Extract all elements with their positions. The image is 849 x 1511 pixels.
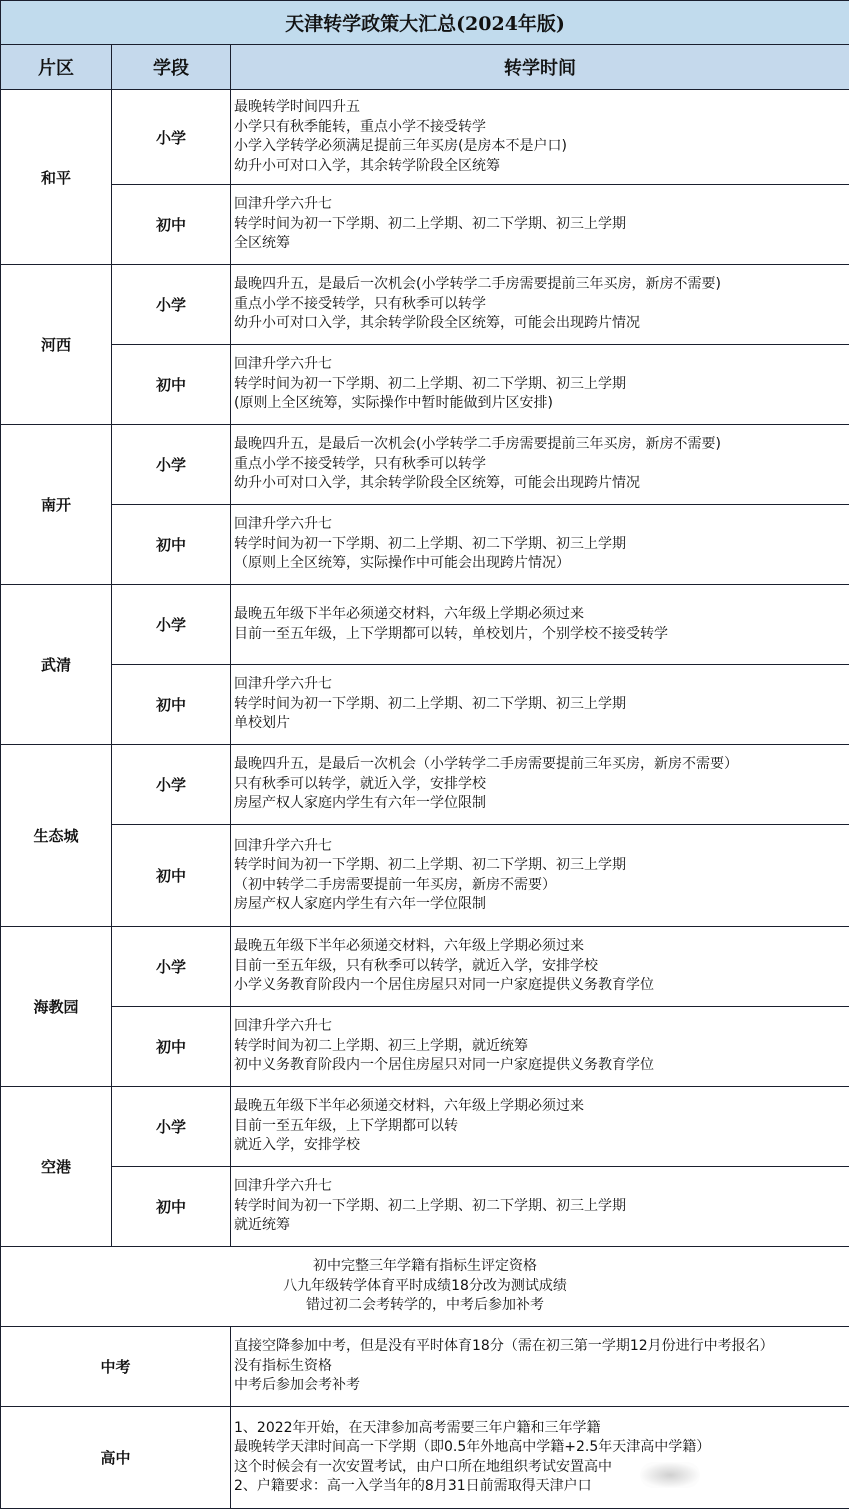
content-line: 幼升小可对口入学，其余转学阶段全区统筹 [234,157,849,177]
table-title: 天津转学政策大汇总(2024年版) [1,1,849,45]
district-middle-row: 初中回津升学六升七转学时间为初一下学期、初二上学期、初二下学期、初三上学期单校划… [1,665,849,745]
content-line: 2、户籍要求：高一入学当年的8月31日前需取得天津户口 [234,1477,849,1497]
transfer-time-content: 最晚四升五，是最后一次机会（小学转学二手房需要提前三年买房，新房不需要）只有秋季… [231,745,849,825]
content-line: 转学时间为初一下学期、初二上学期、初二下学期、初三上学期 [234,215,849,235]
notes-cell: 初中完整三年学籍有指标生评定资格 八九年级转学体育平时成绩18分改为测试成绩 错… [1,1247,849,1327]
content-line: 小学入学转学必须满足提前三年买房(是房本不是户口) [234,137,849,157]
content-line: 回津升学六升七 [234,195,849,215]
district-name: 空港 [1,1087,112,1247]
content-line: 最晚转学时间四升五 [234,98,849,118]
district-middle-row: 初中回津升学六升七转学时间为初一下学期、初二上学期、初二下学期、初三上学期就近统… [1,1167,849,1247]
content-line: 回津升学六升七 [234,1017,849,1037]
transfer-time-content: 最晚五年级下半年必须递交材料，六年级上学期必须过来目前一至五年级，只有秋季可以转… [231,927,849,1007]
stage-label: 初中 [112,345,231,425]
stage-label: 初中 [112,505,231,585]
content-line: （初中转学二手房需要提前一年买房，新房不需要） [234,876,849,896]
content-line: 转学时间为初一下学期、初二上学期、初二下学期、初三上学期 [234,695,849,715]
content-line: 最晚五年级下半年必须递交材料，六年级上学期必须过来 [234,1097,849,1117]
transfer-time-content: 回津升学六升七转学时间为初一下学期、初二上学期、初二下学期、初三上学期就近统筹 [231,1167,849,1247]
stage-label: 初中 [112,1167,231,1247]
content-line: 最晚转学天津时间高一下学期（即0.5年外地高中学籍+2.5年天津高中学籍） [234,1438,849,1458]
stage-label: 初中 [112,1007,231,1087]
district-middle-row: 初中回津升学六升七转学时间为初一下学期、初二上学期、初二下学期、初三上学期 (原… [1,345,849,425]
district-middle-row: 初中回津升学六升七转学时间为初二上学期、初三上学期，就近统筹初中义务教育阶段内一… [1,1007,849,1087]
district-middle-row: 初中回津升学六升七转学时间为初一下学期、初二上学期、初二下学期、初三上学期全区统… [1,185,849,265]
district-primary-row: 和平小学最晚转学时间四升五小学只有秋季能转，重点小学不接受转学小学入学转学必须满… [1,90,849,185]
content-line: 初中义务教育阶段内一个居住房屋只对同一户家庭提供义务教育学位 [234,1056,849,1076]
content-line: 回津升学六升七 [234,515,849,535]
stage-label: 小学 [112,585,231,665]
content-line: 转学时间为初一下学期、初二上学期、初二下学期、初三上学期 [234,856,849,876]
transfer-time-content: 最晚五年级下半年必须递交材料，六年级上学期必须过来目前一至五年级，上下学期都可以… [231,585,849,665]
district-primary-row: 河西小学最晚四升五，是最后一次机会(小学转学二手房需要提前三年买房，新房不需要)… [1,265,849,345]
content-line: （原则上全区统筹，实际操作中可能会出现跨片情况） [234,554,849,574]
stage-label: 初中 [112,665,231,745]
district-name: 生态城 [1,745,112,927]
content-line: 1、2022年开始，在天津参加高考需要三年户籍和三年学籍 [234,1419,849,1439]
content-line: 最晚五年级下半年必须递交材料，六年级上学期必须过来 [234,937,849,957]
district-middle-row: 初中回津升学六升七转学时间为初一下学期、初二上学期、初二下学期、初三上学期（原则… [1,505,849,585]
gaozhong-content: 1、2022年开始，在天津参加高考需要三年户籍和三年学籍 最晚转学天津时间高一下… [231,1407,849,1509]
content-line: 转学时间为初一下学期、初二上学期、初二下学期、初三上学期 [234,1197,849,1217]
content-line: 重点小学不接受转学，只有秋季可以转学 [234,295,849,315]
stage-label: 小学 [112,425,231,505]
stage-label: 小学 [112,90,231,185]
watermark [640,1462,700,1488]
transfer-time-content: 最晚四升五，是最后一次机会(小学转学二手房需要提前三年买房，新房不需要)重点小学… [231,425,849,505]
content-line: 小学义务教育阶段内一个居住房屋只对同一户家庭提供义务教育学位 [234,976,849,996]
zhongkao-label: 中考 [1,1327,231,1407]
stage-label: 初中 [112,825,231,927]
content-line: 就近统筹 [234,1216,849,1236]
header-stage: 学段 [112,45,231,90]
district-name: 河西 [1,265,112,425]
policy-table: 天津转学政策大汇总(2024年版) 片区 学段 转学时间 和平小学最晚转学时间四… [0,0,849,1509]
content-line: 直接空降参加中考，但是没有平时体育18分（需在初三第一学期12月份进行中考报名） [234,1337,849,1357]
content-line: 中考后参加会考补考 [234,1376,849,1396]
zhongkao-row: 中考 直接空降参加中考，但是没有平时体育18分（需在初三第一学期12月份进行中考… [1,1327,849,1407]
district-name: 武清 [1,585,112,745]
transfer-time-content: 回津升学六升七转学时间为初一下学期、初二上学期、初二下学期、初三上学期 (原则上… [231,345,849,425]
gaozhong-label: 高中 [1,1407,231,1509]
content-line: 这个时候会有一次安置考试，由户口所在地组织考试安置高中 [234,1458,849,1478]
content-line: 没有指标生资格 [234,1357,849,1377]
district-name: 南开 [1,425,112,585]
content-line: 幼升小可对口入学，其余转学阶段全区统筹，可能会出现跨片情况 [234,314,849,334]
district-rows: 和平小学最晚转学时间四升五小学只有秋季能转，重点小学不接受转学小学入学转学必须满… [1,90,849,1247]
content-line: 目前一至五年级，上下学期都可以转 [234,1117,849,1137]
header-district: 片区 [1,45,112,90]
district-middle-row: 初中回津升学六升七转学时间为初一下学期、初二上学期、初二下学期、初三上学期（初中… [1,825,849,927]
content-line: 最晚五年级下半年必须递交材料，六年级上学期必须过来 [234,605,849,625]
district-primary-row: 南开小学最晚四升五，是最后一次机会(小学转学二手房需要提前三年买房，新房不需要)… [1,425,849,505]
content-line: 全区统筹 [234,234,849,254]
stage-label: 小学 [112,265,231,345]
content-line: 回津升学六升七 [234,355,849,375]
gaozhong-row: 高中 1、2022年开始，在天津参加高考需要三年户籍和三年学籍 最晚转学天津时间… [1,1407,849,1509]
content-line: 单校划片 [234,714,849,734]
transfer-time-content: 回津升学六升七转学时间为初二上学期、初三上学期，就近统筹初中义务教育阶段内一个居… [231,1007,849,1087]
content-line: 重点小学不接受转学，只有秋季可以转学 [234,455,849,475]
transfer-time-content: 回津升学六升七转学时间为初一下学期、初二上学期、初二下学期、初三上学期单校划片 [231,665,849,745]
note-line: 八九年级转学体育平时成绩18分改为测试成绩 [1,1277,849,1297]
content-line: 回津升学六升七 [234,1177,849,1197]
content-line: 转学时间为初二上学期、初三上学期，就近统筹 [234,1037,849,1057]
content-line: 目前一至五年级，只有秋季可以转学，就近入学，安排学校 [234,957,849,977]
content-line: 回津升学六升七 [234,675,849,695]
title-row: 天津转学政策大汇总(2024年版) [1,1,849,45]
content-line: 转学时间为初一下学期、初二上学期、初二下学期、初三上学期 [234,535,849,555]
district-primary-row: 生态城小学最晚四升五，是最后一次机会（小学转学二手房需要提前三年买房，新房不需要… [1,745,849,825]
stage-label: 小学 [112,1087,231,1167]
stage-label: 小学 [112,745,231,825]
stage-label: 小学 [112,927,231,1007]
district-primary-row: 海教园小学最晚五年级下半年必须递交材料，六年级上学期必须过来目前一至五年级，只有… [1,927,849,1007]
transfer-time-content: 回津升学六升七转学时间为初一下学期、初二上学期、初二下学期、初三上学期（原则上全… [231,505,849,585]
content-line: 回津升学六升七 [234,837,849,857]
content-line: 最晚四升五，是最后一次机会(小学转学二手房需要提前三年买房，新房不需要) [234,435,849,455]
content-line: 最晚四升五，是最后一次机会(小学转学二手房需要提前三年买房，新房不需要) [234,275,849,295]
content-line: 最晚四升五，是最后一次机会（小学转学二手房需要提前三年买房，新房不需要） [234,755,849,775]
transfer-time-content: 最晚五年级下半年必须递交材料，六年级上学期必须过来目前一至五年级，上下学期都可以… [231,1087,849,1167]
content-line: 房屋产权人家庭内学生有六年一学位限制 [234,794,849,814]
transfer-time-content: 最晚转学时间四升五小学只有秋季能转，重点小学不接受转学小学入学转学必须满足提前三… [231,90,849,185]
note-line: 错过初二会考转学的，中考后参加补考 [1,1296,849,1316]
transfer-time-content: 回津升学六升七转学时间为初一下学期、初二上学期、初二下学期、初三上学期全区统筹 [231,185,849,265]
content-line: 就近入学，安排学校 [234,1136,849,1156]
transfer-time-content: 最晚四升五，是最后一次机会(小学转学二手房需要提前三年买房，新房不需要)重点小学… [231,265,849,345]
district-primary-row: 武清小学最晚五年级下半年必须递交材料，六年级上学期必须过来目前一至五年级，上下学… [1,585,849,665]
content-line: 幼升小可对口入学，其余转学阶段全区统筹，可能会出现跨片情况 [234,474,849,494]
zhongkao-content: 直接空降参加中考，但是没有平时体育18分（需在初三第一学期12月份进行中考报名）… [231,1327,849,1407]
content-line: 转学时间为初一下学期、初二上学期、初二下学期、初三上学期 [234,375,849,395]
stage-label: 初中 [112,185,231,265]
transfer-time-content: 回津升学六升七转学时间为初一下学期、初二上学期、初二下学期、初三上学期（初中转学… [231,825,849,927]
district-name: 海教园 [1,927,112,1087]
content-line: 房屋产权人家庭内学生有六年一学位限制 [234,895,849,915]
notes-row: 初中完整三年学籍有指标生评定资格 八九年级转学体育平时成绩18分改为测试成绩 错… [1,1247,849,1327]
district-primary-row: 空港小学最晚五年级下半年必须递交材料，六年级上学期必须过来目前一至五年级，上下学… [1,1087,849,1167]
content-line: 目前一至五年级，上下学期都可以转，单校划片，个别学校不接受转学 [234,625,849,645]
content-line: 小学只有秋季能转，重点小学不接受转学 [234,118,849,138]
header-row: 片区 学段 转学时间 [1,45,849,90]
district-name: 和平 [1,90,112,265]
note-line: 初中完整三年学籍有指标生评定资格 [1,1257,849,1277]
content-line: 只有秋季可以转学，就近入学，安排学校 [234,775,849,795]
header-time: 转学时间 [231,45,849,90]
content-line: (原则上全区统筹，实际操作中暂时能做到片区安排) [234,394,849,414]
